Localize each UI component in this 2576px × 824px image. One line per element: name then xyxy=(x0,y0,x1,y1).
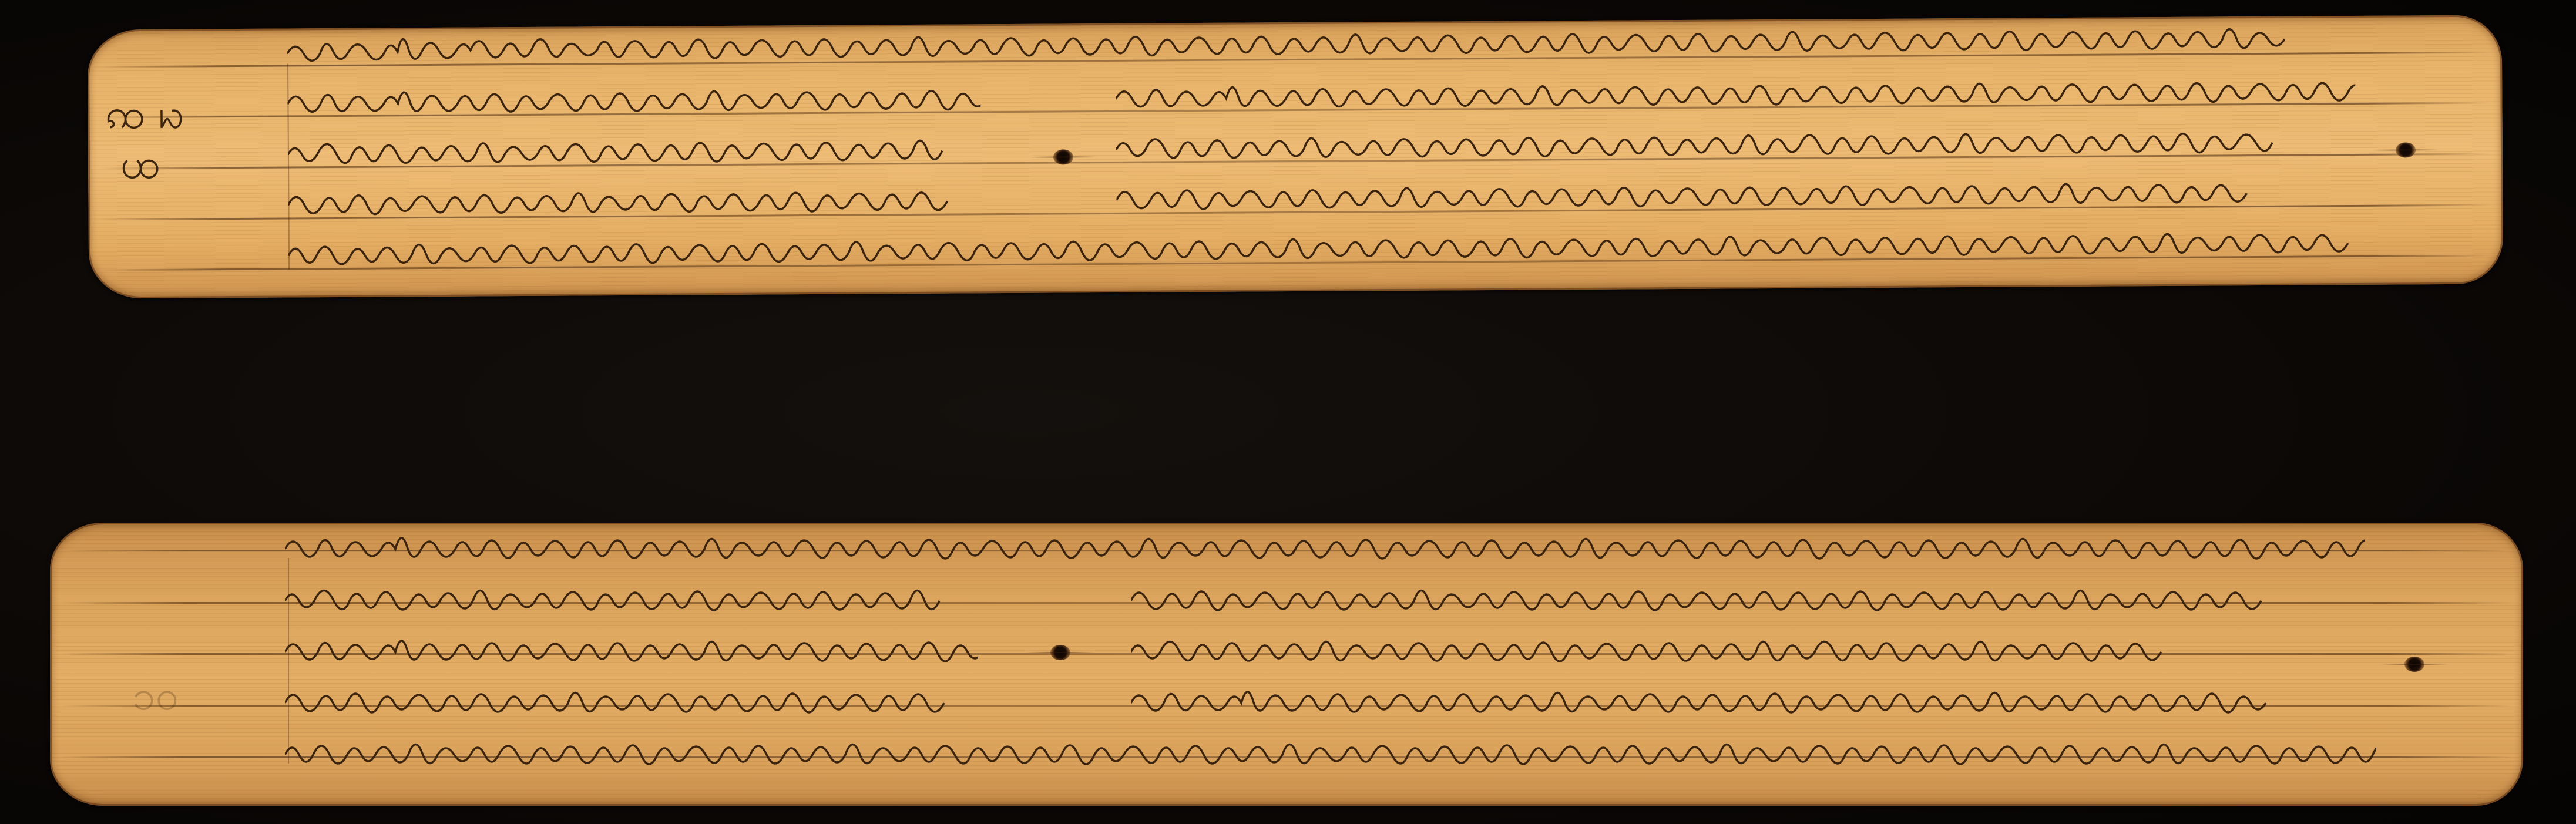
string-hole xyxy=(2404,657,2424,672)
folio-letter: ꩤ xyxy=(120,138,161,199)
manuscript-line xyxy=(285,677,978,718)
manuscript-line xyxy=(1116,116,2356,164)
palm-leaf-bottom: ၁၀ xyxy=(50,523,2523,806)
manuscript-line xyxy=(288,124,981,169)
manuscript-line xyxy=(288,217,2356,271)
manuscript-line xyxy=(287,73,980,119)
manuscript-line xyxy=(287,15,2355,68)
string-hole xyxy=(2396,142,2416,157)
manuscript-line xyxy=(1116,166,2356,215)
manuscript-line xyxy=(285,728,2376,769)
manuscript-line xyxy=(285,574,978,616)
manuscript-line xyxy=(285,625,978,667)
palm-leaf-top: ꩡ ꩢ ꩤ xyxy=(88,15,2504,298)
manuscript-line xyxy=(288,174,981,220)
manuscript-line xyxy=(1131,677,2370,718)
string-hole xyxy=(1053,149,1073,164)
manuscript-line xyxy=(1131,574,2370,616)
string-hole xyxy=(1050,645,1070,660)
manuscript-line xyxy=(1116,65,2355,114)
manuscript-line xyxy=(1131,625,2370,667)
folio-number: ၁၀ xyxy=(132,670,179,730)
manuscript-line xyxy=(285,523,2365,564)
